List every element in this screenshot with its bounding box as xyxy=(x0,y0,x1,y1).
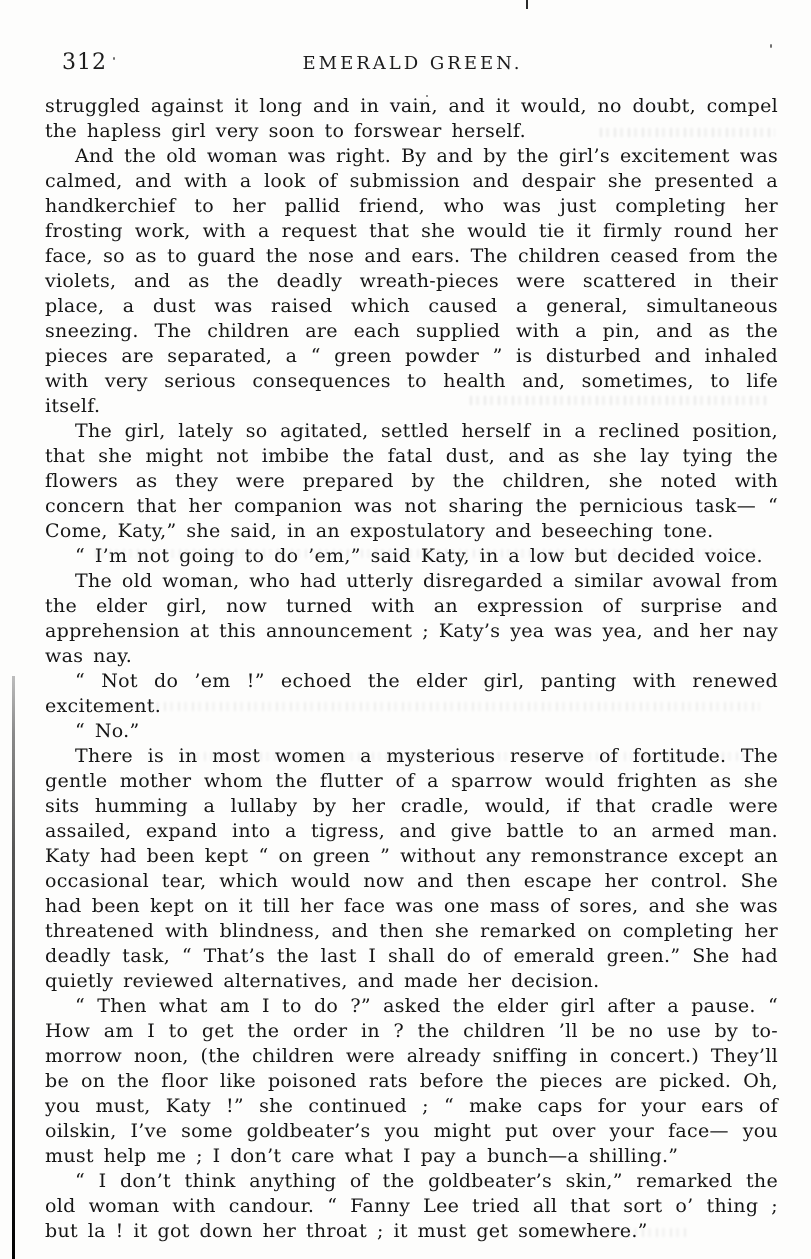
scan-smudge xyxy=(530,1228,690,1237)
paragraph: There is in most women a mysterious rese… xyxy=(45,744,778,994)
running-title: EMERALD GREEN. xyxy=(0,53,811,74)
paragraph: And the old woman was right. By and by t… xyxy=(45,144,778,419)
scan-speck xyxy=(770,44,772,48)
page-body: struggled against it long and in vain, a… xyxy=(45,94,778,1244)
paragraph: “ Then what am I to do ?” asked the elde… xyxy=(45,994,778,1169)
paragraph: “ No.” xyxy=(45,719,778,744)
paragraph: The girl, lately so agitated, settled he… xyxy=(45,419,778,544)
scan-smudge xyxy=(600,128,775,137)
scan-smudge xyxy=(95,549,755,558)
scan-smudge xyxy=(190,752,750,761)
book-page: 312 EMERALD GREEN. struggled against it … xyxy=(0,0,811,1259)
scan-smudge xyxy=(470,396,770,405)
running-head: 312 EMERALD GREEN. xyxy=(0,50,811,78)
paragraph: “ Not do ’em !” echoed the elder girl, p… xyxy=(45,669,778,719)
scan-gutter-line xyxy=(12,676,15,1259)
scan-smudge xyxy=(150,702,760,711)
scan-top-tick-mark xyxy=(526,0,528,9)
paragraph: The old woman, who had utterly disregard… xyxy=(45,569,778,669)
